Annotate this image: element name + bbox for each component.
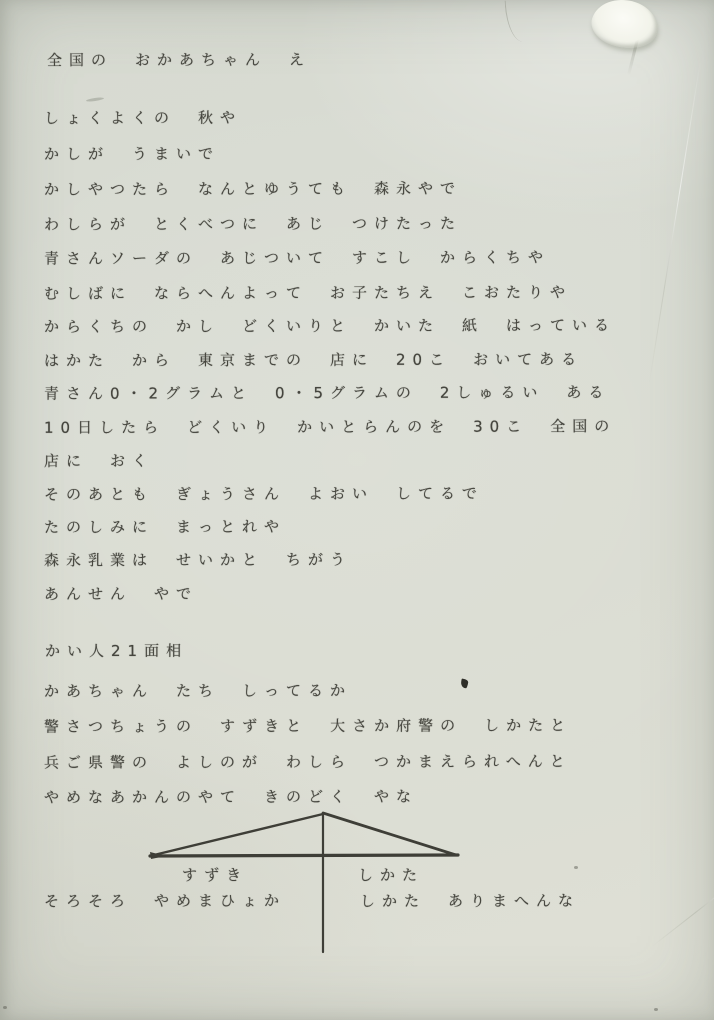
diagram-label-right: しかた: [358, 864, 424, 885]
ink-smudge: [86, 97, 104, 102]
letter-line: はかた から 東京までの 店に 20こ おいてある: [44, 349, 583, 370]
letter-line: しょくよくの 秋や: [44, 108, 242, 129]
letter-line: 10日したら どくいり かいとらんのを 30こ 全国の: [44, 416, 616, 437]
letter-line: 青さんソーダの あじついて すこし からくちや: [44, 247, 550, 268]
postscript-line: 兵ご県警の よしのが わしら つかまえられへんと: [44, 751, 572, 772]
letter-line: わしらが とくべつに あじ つけたった: [44, 213, 462, 234]
scanned-letter-page: 全国の おかあちゃん え しょくよくの 秋や かしが うまいで かしやつたら な…: [0, 0, 714, 1020]
diagram-caption-left: そろそろ やめまひょか: [44, 891, 286, 912]
diagram-caption-right: しかた ありまへんな: [360, 891, 580, 912]
letter-line: あんせん やで: [44, 584, 198, 604]
letter-line: そのあとも ぎょうさん よおい してるで: [44, 483, 484, 504]
postscript-line: 警さつちょうの すずきと 大さか府警の しかたと: [44, 715, 572, 736]
paper-speck: [654, 1008, 658, 1011]
letter-salutation: 全国の おかあちゃん え: [47, 50, 311, 71]
paper-speck: [3, 1006, 7, 1009]
letter-line: 森永乳業は せいかと ちがう: [44, 550, 352, 571]
letter-line: 青さん0・2グラムと 0・5グラムの 2しゅるい ある: [44, 382, 610, 403]
letter-line: からくちの かし どくいりと かいた 紙 はっている: [44, 315, 616, 336]
letter-line: 店に おく: [44, 451, 154, 471]
diagram-label-left: すずき: [182, 864, 248, 885]
sender-signature: かい人21面相: [45, 641, 188, 661]
letter-line: むしばに ならへんよって お子たちえ こおたりや: [44, 282, 572, 303]
letter-line: たのしみに まっとれや: [44, 517, 286, 538]
paper-tear: [586, 0, 664, 57]
letter-line: かしが うまいで: [44, 144, 220, 164]
paper-crease-right: [648, 60, 701, 386]
letter-line: かしやつたら なんとゆうても 森永やで: [44, 178, 462, 199]
paper-crease-top: [505, 0, 525, 43]
postscript-line: かあちゃん たち しってるか: [44, 681, 352, 702]
ink-speck: [460, 679, 468, 689]
umbrella-diagram: [0, 798, 714, 973]
